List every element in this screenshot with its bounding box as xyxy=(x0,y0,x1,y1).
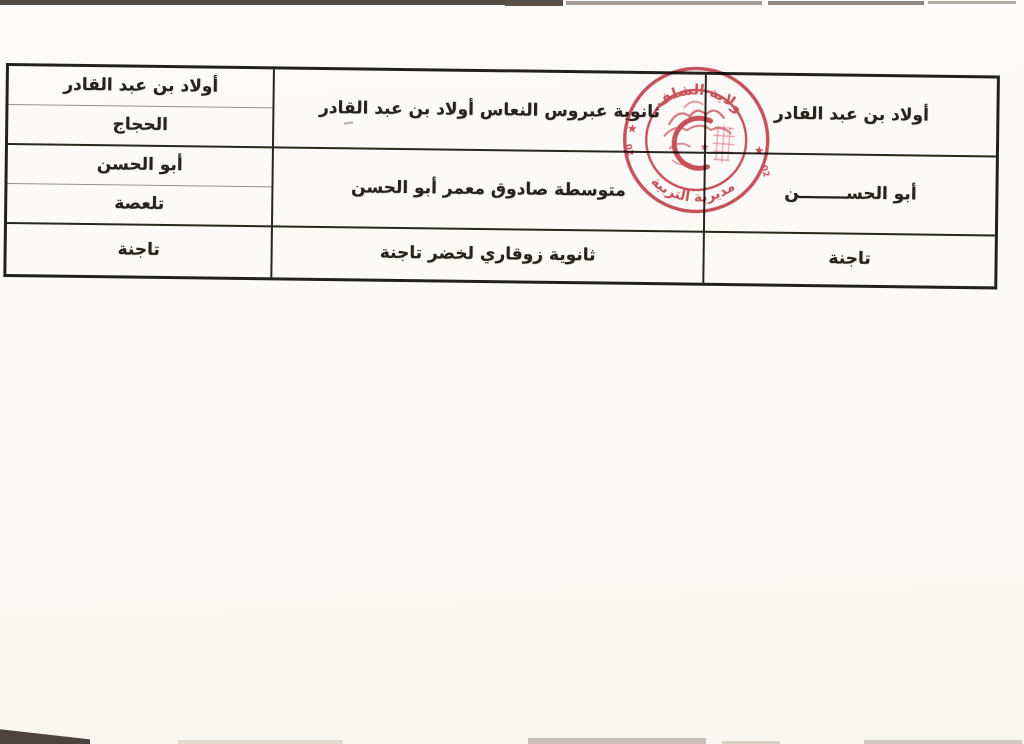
cell-locality-tadjena: تاجنة xyxy=(6,224,271,277)
stamp-right-star-icon: ★ xyxy=(753,143,765,158)
scanned-document-page: { "document": { "language": "ar", "table… xyxy=(0,0,1024,744)
scan-edge-top-segment-2 xyxy=(505,0,563,6)
official-stamp: ولاية الشلف مديرية التربية ★ ★ 02 02 ★ xyxy=(607,58,786,227)
scan-edge-top-segment-4 xyxy=(768,1,924,5)
scan-smudge-bottom-2 xyxy=(528,738,706,744)
stamp-number-right: 02 xyxy=(758,164,771,178)
cell-commune-tadjena: تاجنة xyxy=(702,233,995,287)
emblem-scribbles xyxy=(662,100,736,171)
cell-school-lycee-zouggari-lakhdar: ثانوية زوقاري لخضر تاجنة xyxy=(270,227,703,282)
scan-smudge-bottom-4 xyxy=(864,740,1022,744)
cell-locality-abou-el-hassan: أبو الحسن xyxy=(7,145,271,187)
scan-edge-top-segment-1 xyxy=(0,0,505,5)
cell-locality-ouled-ben-abdelkader: أولاد بن عبد القادر xyxy=(8,66,272,108)
scan-edge-top-segment-5 xyxy=(928,1,1016,4)
cell-locality-el-hadjadj: الحجاج xyxy=(8,105,272,148)
star-icon: ★ xyxy=(699,140,710,154)
stamp-number-left: 02 xyxy=(622,143,635,157)
scan-smudge-bottom-1 xyxy=(178,740,343,744)
cell-locality-talassa: تلعصة xyxy=(7,184,271,227)
schools-table: أولاد بن عبد القادر الحجاج أبو الحسن تلع… xyxy=(3,63,1000,289)
stamp-left-star-icon: ★ xyxy=(626,121,638,136)
scan-edge-bottom-left xyxy=(0,726,90,744)
scan-edge-top-segment-3 xyxy=(566,1,762,5)
